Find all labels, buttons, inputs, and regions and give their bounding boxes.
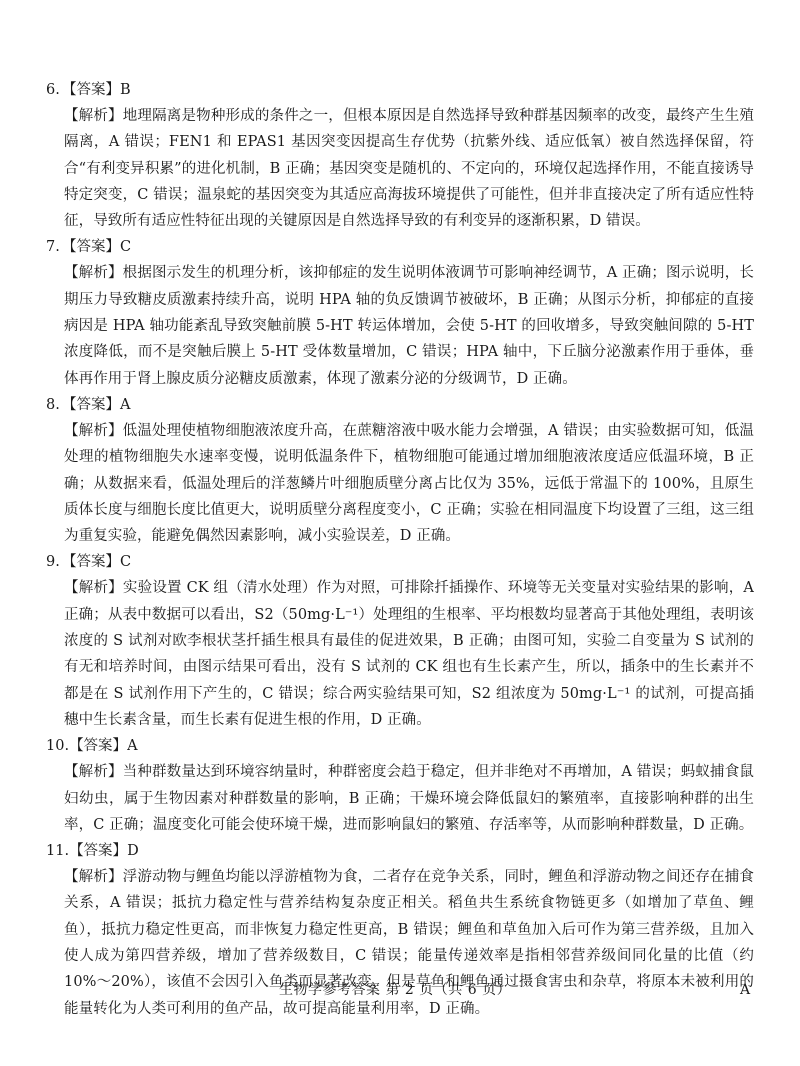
explanation-tag: 【解析】 bbox=[64, 580, 123, 596]
answer-line: 7.【答案】C bbox=[46, 234, 754, 260]
answer-item-10: 10.【答案】A 【解析】当种群数量达到环境容纳量时，种群密度会趋于稳定，但并非… bbox=[46, 733, 754, 838]
answer-tag: 【答案】 bbox=[69, 843, 127, 859]
answer-item-8: 8.【答案】A 【解析】低温处理使植物细胞液浓度升高，在蔗糖溶液中吸水能力会增强… bbox=[46, 392, 754, 549]
answer-tag: 【答案】 bbox=[62, 239, 120, 255]
footer-page-info: 生物学参考答案 第 2 页（共 6 页） bbox=[279, 978, 511, 1002]
explanation-text: 实验设置 CK 组（清水处理）作为对照，可排除扦插操作、环境等无关变量对实验结果… bbox=[64, 580, 754, 727]
explanation-text: 低温处理使植物细胞液浓度升高，在蔗糖溶液中吸水能力会增强，A 错误；由实验数据可… bbox=[64, 423, 754, 544]
answer-line: 10.【答案】A bbox=[46, 733, 754, 759]
answer-document: 6.【答案】B 【解析】地理隔离是物种形成的条件之一，但根本原因是自然选择导致种… bbox=[46, 77, 754, 1022]
answer-value: A bbox=[127, 738, 137, 754]
page-footer: 生物学参考答案 第 2 页（共 6 页） A bbox=[0, 978, 800, 1002]
explanation: 【解析】实验设置 CK 组（清水处理）作为对照，可排除扦插操作、环境等无关变量对… bbox=[64, 575, 754, 733]
explanation: 【解析】根据图示发生的机理分析，该抑郁症的发生说明体液调节可影响神经调节，A 正… bbox=[64, 260, 754, 391]
explanation: 【解析】低温处理使植物细胞液浓度升高，在蔗糖溶液中吸水能力会增强，A 错误；由实… bbox=[64, 418, 754, 549]
answer-value: D bbox=[127, 843, 139, 859]
question-number: 11. bbox=[46, 838, 69, 864]
answer-tag: 【答案】 bbox=[62, 397, 120, 413]
answer-line: 9.【答案】C bbox=[46, 549, 754, 575]
answer-item-6: 6.【答案】B 【解析】地理隔离是物种形成的条件之一，但根本原因是自然选择导致种… bbox=[46, 77, 754, 234]
answer-value: B bbox=[120, 82, 131, 98]
explanation-tag: 【解析】 bbox=[64, 265, 123, 281]
answer-item-9: 9.【答案】C 【解析】实验设置 CK 组（清水处理）作为对照，可排除扦插操作、… bbox=[46, 549, 754, 733]
answer-line: 11.【答案】D bbox=[46, 838, 754, 864]
explanation: 【解析】当种群数量达到环境容纳量时，种群密度会趋于稳定，但并非绝对不再增加，A … bbox=[64, 759, 754, 838]
footer-version: A bbox=[740, 978, 750, 1002]
explanation-text: 地理隔离是物种形成的条件之一，但根本原因是自然选择导致种群基因频率的改变，最终产… bbox=[64, 108, 754, 229]
question-number: 6. bbox=[46, 77, 62, 103]
question-number: 7. bbox=[46, 234, 62, 260]
explanation: 【解析】地理隔离是物种形成的条件之一，但根本原因是自然选择导致种群基因频率的改变… bbox=[64, 103, 754, 234]
answer-tag: 【答案】 bbox=[62, 82, 120, 98]
question-number: 9. bbox=[46, 549, 62, 575]
answer-value: C bbox=[120, 239, 131, 255]
explanation-text: 当种群数量达到环境容纳量时，种群密度会趋于稳定，但并非绝对不再增加，A 错误；蚂… bbox=[64, 764, 754, 833]
question-number: 10. bbox=[46, 733, 69, 759]
answer-value: C bbox=[120, 554, 131, 570]
answer-line: 8.【答案】A bbox=[46, 392, 754, 418]
question-number: 8. bbox=[46, 392, 62, 418]
explanation-tag: 【解析】 bbox=[64, 869, 123, 885]
answer-item-7: 7.【答案】C 【解析】根据图示发生的机理分析，该抑郁症的发生说明体液调节可影响… bbox=[46, 234, 754, 391]
explanation-tag: 【解析】 bbox=[64, 764, 123, 780]
answer-value: A bbox=[120, 397, 130, 413]
answer-tag: 【答案】 bbox=[62, 554, 120, 570]
explanation-text: 根据图示发生的机理分析，该抑郁症的发生说明体液调节可影响神经调节，A 正确；图示… bbox=[64, 265, 754, 386]
explanation-tag: 【解析】 bbox=[64, 108, 123, 124]
explanation-tag: 【解析】 bbox=[64, 423, 123, 439]
answer-tag: 【答案】 bbox=[69, 738, 127, 754]
answer-line: 6.【答案】B bbox=[46, 77, 754, 103]
